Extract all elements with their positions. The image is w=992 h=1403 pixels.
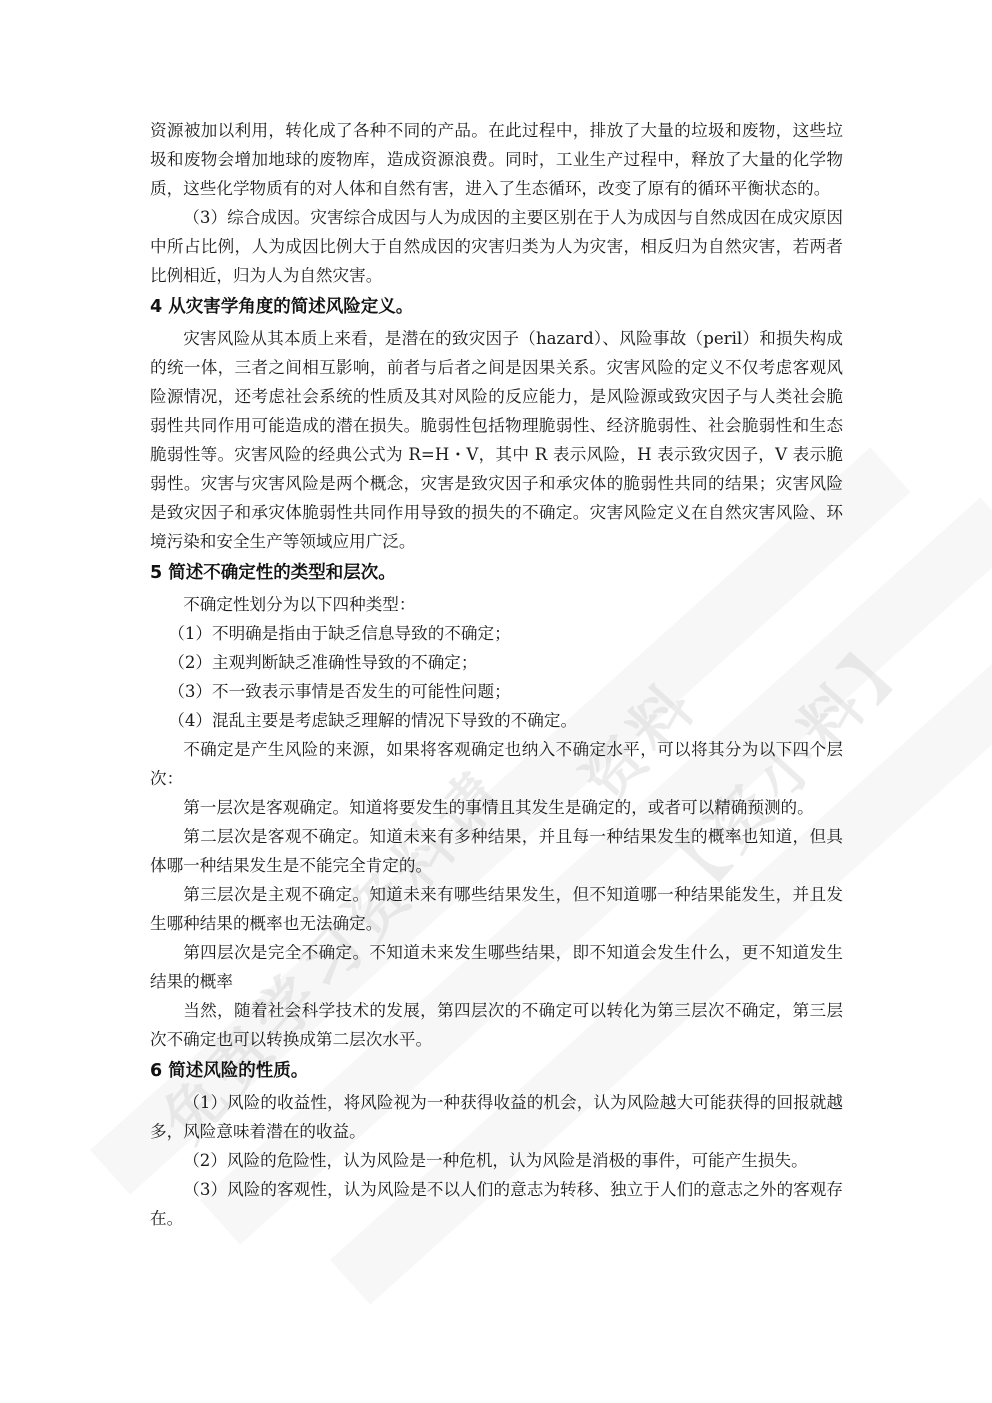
- list-intro: 不确定性划分为以下四种类型：: [150, 590, 843, 619]
- body-paragraph: 第三层次是主观不确定。知道未来有哪些结果发生，但不知道哪一种结果能发生，并且发生…: [150, 880, 843, 938]
- body-paragraph: 不确定是产生风险的来源，如果将客观确定也纳入不确定水平，可以将其分为以下四个层次…: [150, 735, 843, 793]
- body-paragraph: （3）综合成因。灾害综合成因与人为成因的主要区别在于人为成因与自然成因在成灾原因…: [150, 203, 843, 290]
- body-paragraph: 第四层次是完全不确定。不知道未来发生哪些结果，即不知道会发生什么，更不知道发生结…: [150, 938, 843, 996]
- list-item: （2）主观判断缺乏准确性导致的不确定；: [150, 648, 843, 677]
- body-paragraph: 第一层次是客观确定。知道将要发生的事情且其发生是确定的，或者可以精确预测的。: [150, 793, 843, 822]
- section-heading: 6 简述风险的性质。: [150, 1056, 843, 1087]
- section-heading: 4 从灾害学角度的简述风险定义。: [150, 292, 843, 323]
- list-item: （1）不明确是指由于缺乏信息导致的不确定；: [150, 619, 843, 648]
- body-paragraph: （3）风险的客观性，认为风险是不以人们的意志为转移、独立于人们的意志之外的客观存…: [150, 1175, 843, 1233]
- body-paragraph: （2）风险的危险性，认为风险是一种危机，认为风险是消极的事件，可能产生损失。: [150, 1146, 843, 1175]
- body-paragraph: 资源被加以利用，转化成了各种不同的产品。在此过程中，排放了大量的垃圾和废物，这些…: [150, 116, 843, 203]
- section-heading: 5 简述不确定性的类型和层次。: [150, 558, 843, 589]
- list-item: （4）混乱主要是考虑缺乏理解的情况下导致的不确定。: [150, 706, 843, 735]
- body-paragraph: （1）风险的收益性，将风险视为一种获得收益的机会，认为风险越大可能获得的回报就越…: [150, 1088, 843, 1146]
- body-paragraph: 第二层次是客观不确定。知道未来有多种结果，并且每一种结果发生的概率也知道，但具体…: [150, 822, 843, 880]
- body-paragraph: 灾害风险从其本质上来看，是潜在的致灾因子（hazard）、风险事故（peril）…: [150, 324, 843, 556]
- list-item: （3）不一致表示事情是否发生的可能性问题；: [150, 677, 843, 706]
- document-page: 资源被加以利用，转化成了各种不同的产品。在此过程中，排放了大量的垃圾和废物，这些…: [150, 116, 843, 1233]
- body-paragraph: 当然，随着社会科学技术的发展，第四层次的不确定可以转化为第三层次不确定，第三层次…: [150, 996, 843, 1054]
